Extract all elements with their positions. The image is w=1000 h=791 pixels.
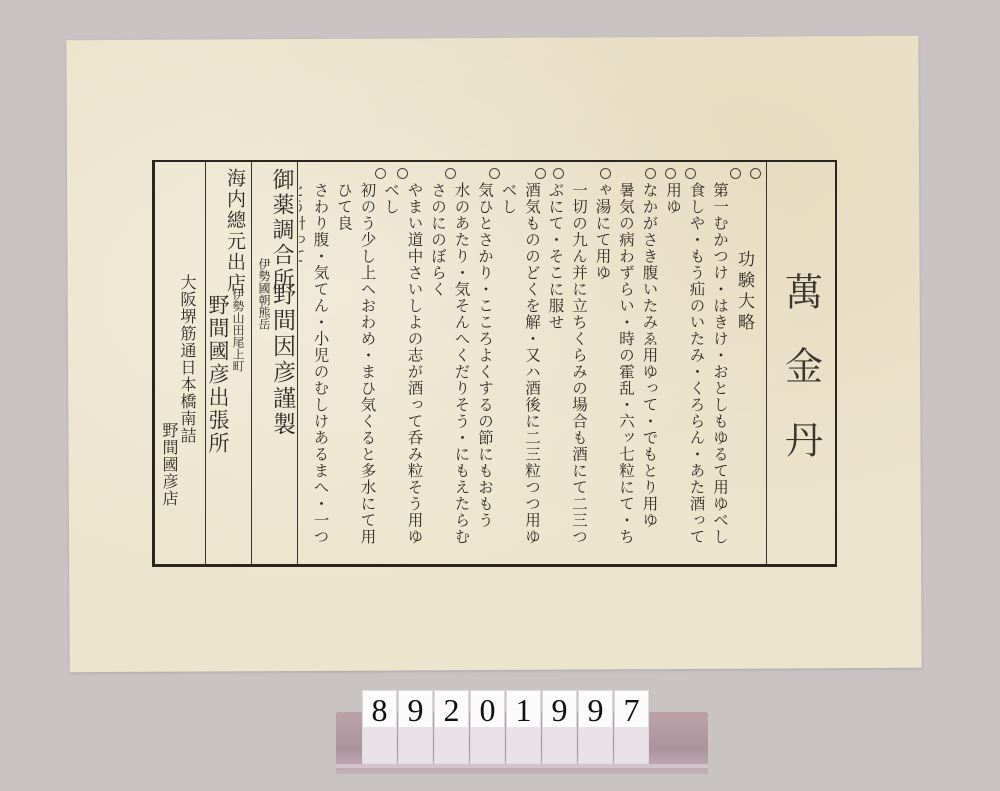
digit-card: 8 bbox=[362, 690, 397, 764]
body-column: 暑気の病わずらい・時の霍乱・六ッ七粒にて・ちゃ湯にて用ゆ bbox=[590, 182, 637, 558]
circle-mark bbox=[397, 168, 408, 179]
digit-card: 9 bbox=[542, 690, 577, 764]
subtitle: 功験大略 bbox=[732, 250, 757, 334]
title: 萬金丹 bbox=[774, 232, 829, 494]
body-column: 食しや・もう疝のいたみ・くろらん・あた酒って用ゆ bbox=[661, 182, 708, 558]
branch-address: 伊勢山田尾上町 bbox=[231, 288, 247, 564]
digit-card: 9 bbox=[398, 690, 433, 764]
digit-card: 1 bbox=[506, 690, 541, 764]
body-column: 初のう少し上ヘおわめ・まひ気くると多水にて用ひて良 bbox=[332, 182, 379, 558]
digit-card: 9 bbox=[578, 690, 613, 764]
circle-mark bbox=[750, 168, 761, 179]
body-column: さわり腹・気てん・小児のむしけあるまへ・一つとう卅って bbox=[299, 182, 332, 558]
catalog-number-tag: 8 9 2 0 1 9 9 7 bbox=[362, 690, 649, 764]
body-column: 水のあたり・気そんへくだりそう・にもえたらむさのにのぼらく bbox=[426, 182, 473, 558]
branch-name: 野間國彦出張所 bbox=[207, 294, 233, 564]
outer-name: 野間國彦店 bbox=[161, 422, 181, 564]
digit-card: 7 bbox=[614, 690, 649, 764]
circle-mark bbox=[665, 168, 676, 179]
digit-card: 0 bbox=[470, 690, 505, 764]
digit-card: 2 bbox=[434, 690, 469, 764]
circle-mark bbox=[489, 168, 500, 179]
body-column: 一切の九ん并に立ちくらみの場合も酒にて二三つぶにて・そこに服せ bbox=[543, 182, 590, 558]
maker-name: 野間因彦謹製 bbox=[273, 282, 299, 564]
body-column: 酒気もののどくを解・又ハ酒後に二三粒つつ用ゆべし bbox=[496, 182, 543, 558]
circle-mark bbox=[445, 168, 456, 179]
body-text: 第一むかつけ・はきけ・おとしもゆるて用ゆべし 食しや・もう疝のいたみ・くろらん・… bbox=[299, 182, 731, 558]
circle-mark bbox=[730, 168, 741, 179]
circle-mark bbox=[600, 168, 611, 179]
title-column: 萬金丹 bbox=[766, 162, 835, 564]
circle-mark bbox=[535, 168, 546, 179]
printed-frame: 萬金丹 功験大略 第一むかつけ・はきけ・おとしもゆるて用ゆべし 食しや・もう疝の… bbox=[152, 160, 837, 567]
circle-mark bbox=[375, 168, 386, 179]
body-column: やまい道中さいしよの志が酒って呑み粒そう用ゆべし bbox=[379, 182, 426, 558]
circle-mark bbox=[553, 168, 564, 179]
circle-mark bbox=[645, 168, 656, 179]
column-divider bbox=[251, 162, 252, 564]
body-column: 第一むかつけ・はきけ・おとしもゆるて用ゆべし bbox=[708, 182, 732, 558]
body-column: なかがさき腹いたみゑ用ゆって・でもとり用ゆ bbox=[637, 182, 661, 558]
body-column: 気ひとさかり・こころよくするの節にもおもう bbox=[473, 182, 497, 558]
punctuation-circles bbox=[375, 168, 775, 180]
circle-mark bbox=[685, 168, 696, 179]
